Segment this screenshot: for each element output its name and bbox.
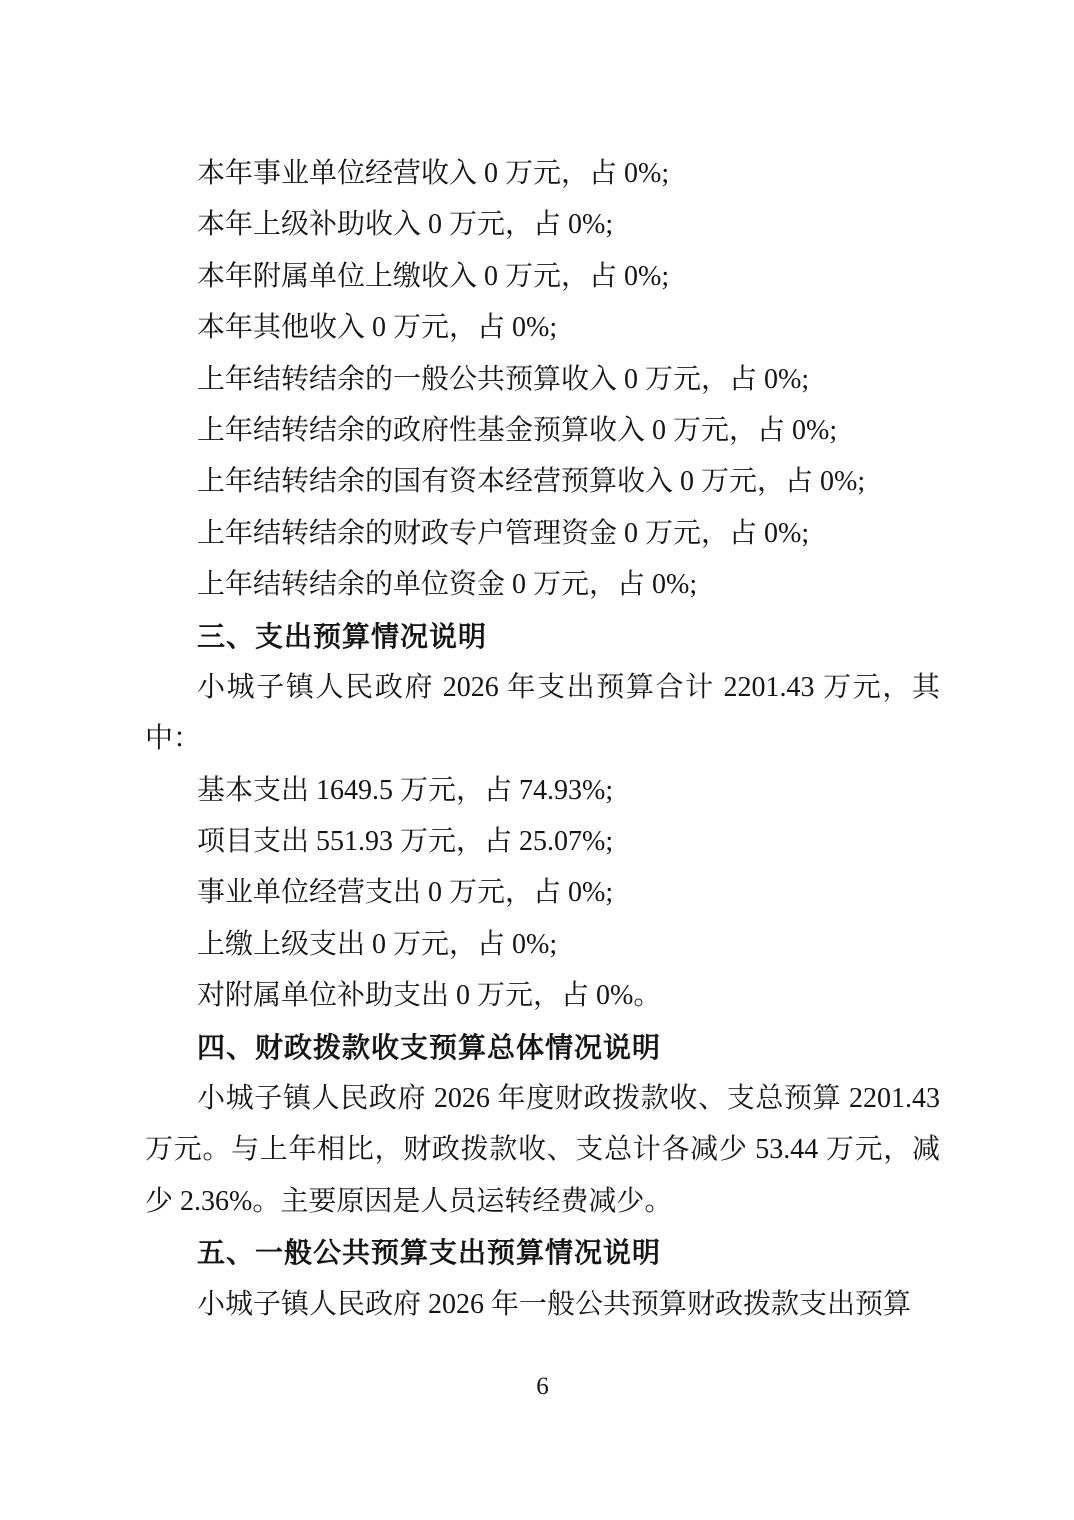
page-number: 6 <box>145 1372 940 1402</box>
paragraph-line: 基本支出 1649.5 万元，占 74.93%; <box>145 765 940 816</box>
paragraph-line: 上年结转结余的财政专户管理资金 0 万元，占 0%; <box>145 508 940 559</box>
paragraph-line: 少 2.36%。主要原因是人员运转经费减少。 <box>145 1176 940 1227</box>
paragraph-line: 项目支出 551.93 万元，占 25.07%; <box>145 816 940 867</box>
paragraph-line: 本年其他收入 0 万元，占 0%; <box>145 302 940 353</box>
section-heading-4: 四、财政拨款收支预算总体情况说明 <box>145 1022 940 1073</box>
section-heading-5: 五、一般公共预算支出预算情况说明 <box>145 1227 940 1278</box>
paragraph-line: 小城子镇人民政府 2026 年一般公共预算财政拨款支出预算 <box>145 1279 940 1330</box>
paragraph-line: 小城子镇人民政府 2026 年支出预算合计 2201.43 万元，其 <box>145 662 940 713</box>
paragraph-line: 万元。与上年相比，财政拨款收、支总计各减少 53.44 万元，减 <box>145 1124 940 1175</box>
paragraph-line: 本年上级补助收入 0 万元，占 0%; <box>145 199 940 250</box>
paragraph-line: 小城子镇人民政府 2026 年度财政拨款收、支总预算 2201.43 <box>145 1073 940 1124</box>
paragraph-line: 上年结转结余的国有资本经营预算收入 0 万元，占 0%; <box>145 456 940 507</box>
paragraph-line: 中： <box>145 713 940 764</box>
paragraph-line: 本年事业单位经营收入 0 万元，占 0%; <box>145 148 940 199</box>
paragraph-line: 对附属单位补助支出 0 万元，占 0%。 <box>145 970 940 1021</box>
document-page: 本年事业单位经营收入 0 万元，占 0%; 本年上级补助收入 0 万元，占 0%… <box>0 0 1074 1520</box>
section-heading-3: 三、支出预算情况说明 <box>145 611 940 662</box>
paragraph-line: 事业单位经营支出 0 万元，占 0%; <box>145 867 940 918</box>
paragraph-line: 上年结转结余的单位资金 0 万元，占 0%; <box>145 559 940 610</box>
document-body: 本年事业单位经营收入 0 万元，占 0%; 本年上级补助收入 0 万元，占 0%… <box>145 148 940 1330</box>
paragraph-line: 本年附属单位上缴收入 0 万元，占 0%; <box>145 251 940 302</box>
paragraph-line: 上缴上级支出 0 万元，占 0%; <box>145 919 940 970</box>
paragraph-line: 上年结转结余的政府性基金预算收入 0 万元，占 0%; <box>145 405 940 456</box>
paragraph-line: 上年结转结余的一般公共预算收入 0 万元，占 0%; <box>145 354 940 405</box>
